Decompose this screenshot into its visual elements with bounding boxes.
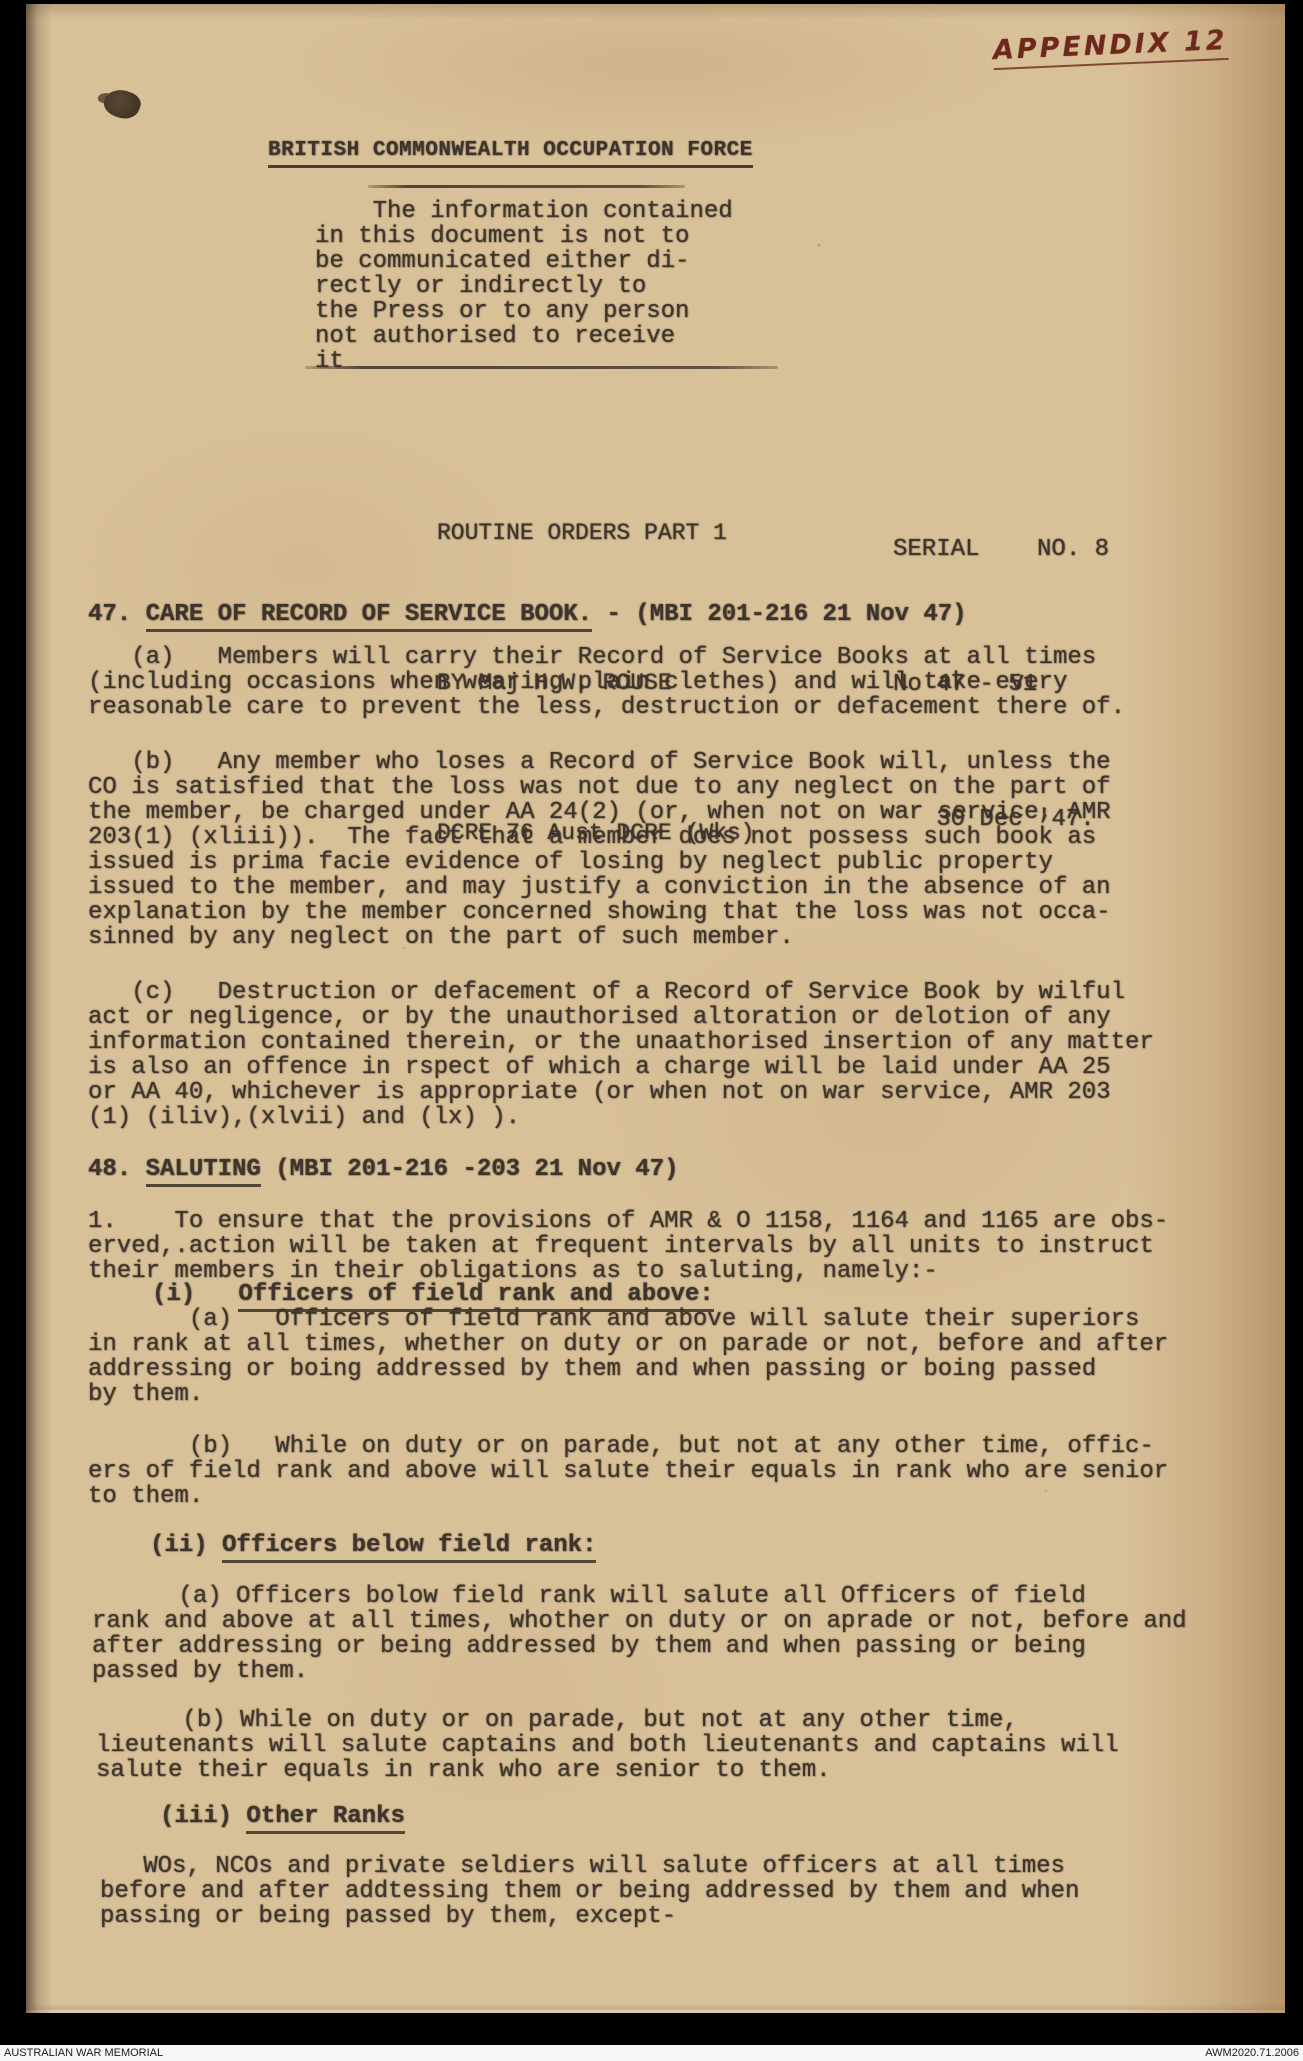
subsection-ii-para-a: (a) Officers bolow field rank will salut… xyxy=(92,1584,1187,1684)
subsection-i-para-b: (b) While on duty or on parade, but not … xyxy=(88,1434,1168,1509)
serial-number: SERIAL NO. 8 xyxy=(893,527,1109,572)
section-47-para-b: (b) Any member who loses a Record of Ser… xyxy=(88,750,1111,950)
section-48-title: SALUTING xyxy=(146,1156,261,1187)
subsection-i-heading: (i) Officers of field rank and above: xyxy=(152,1282,714,1307)
subsection-i-para-a: (a) Officers of field rank and above wil… xyxy=(88,1307,1168,1407)
section-48-heading: 48. SALUTING (MBI 201-216 -203 21 Nov 47… xyxy=(88,1157,679,1182)
section-47-heading: 47. CARE OF RECORD OF SERVICE BOOK. - (M… xyxy=(88,602,967,627)
notice-bottom-rule xyxy=(305,366,778,369)
subsection-ii-label: (ii) xyxy=(150,1532,222,1559)
section-47-reference: - (MBI 201-216 21 Nov 47) xyxy=(592,601,966,628)
subsection-iii-label: (iii) xyxy=(160,1803,246,1830)
document-title-text: BRITISH COMMONWEALTH OCCUPATION FORCE xyxy=(268,139,753,168)
section-47-number: 47. xyxy=(88,601,146,628)
section-48-reference: (MBI 201-216 -203 21 Nov 47) xyxy=(261,1156,679,1183)
subsection-iii-para: WOs, NCOs and private seldiers will salu… xyxy=(100,1854,1079,1929)
section-47-title: CARE OF RECORD OF SERVICE BOOK. xyxy=(146,601,592,632)
notice-top-rule xyxy=(368,185,685,188)
subsection-i-label: (i) xyxy=(152,1281,238,1308)
subsection-ii-para-b: (b) While on duty or on parade, but not … xyxy=(96,1708,1119,1783)
section-48-para-1: 1. To ensure that the provisions of AMR … xyxy=(88,1209,1168,1284)
footer-bar: AUSTRALIAN WAR MEMORIAL AWM2020.71.2006 xyxy=(0,2045,1303,2061)
document-title: BRITISH COMMONWEALTH OCCUPATION FORCE xyxy=(268,138,753,163)
subsection-ii-heading: (ii) Officers below field rank: xyxy=(150,1533,596,1558)
section-48-number: 48. xyxy=(88,1156,146,1183)
subsection-iii-heading: (iii) Other Ranks xyxy=(160,1804,405,1829)
section-47-para-c: (c) Destruction or defacement of a Recor… xyxy=(88,980,1154,1130)
footer-institution: AUSTRALIAN WAR MEMORIAL xyxy=(4,2047,163,2059)
footer-accession-number: AWM2020.71.2006 xyxy=(1205,2047,1299,2059)
subsection-iii-title: Other Ranks xyxy=(246,1803,404,1834)
subsection-ii-title: Officers below field rank: xyxy=(222,1532,596,1563)
section-47-para-a: (a) Members will carry their Record of S… xyxy=(88,645,1125,720)
orders-title: ROUTINE ORDERS PART 1 xyxy=(437,508,754,558)
security-notice: The information contained in this docume… xyxy=(315,199,733,374)
